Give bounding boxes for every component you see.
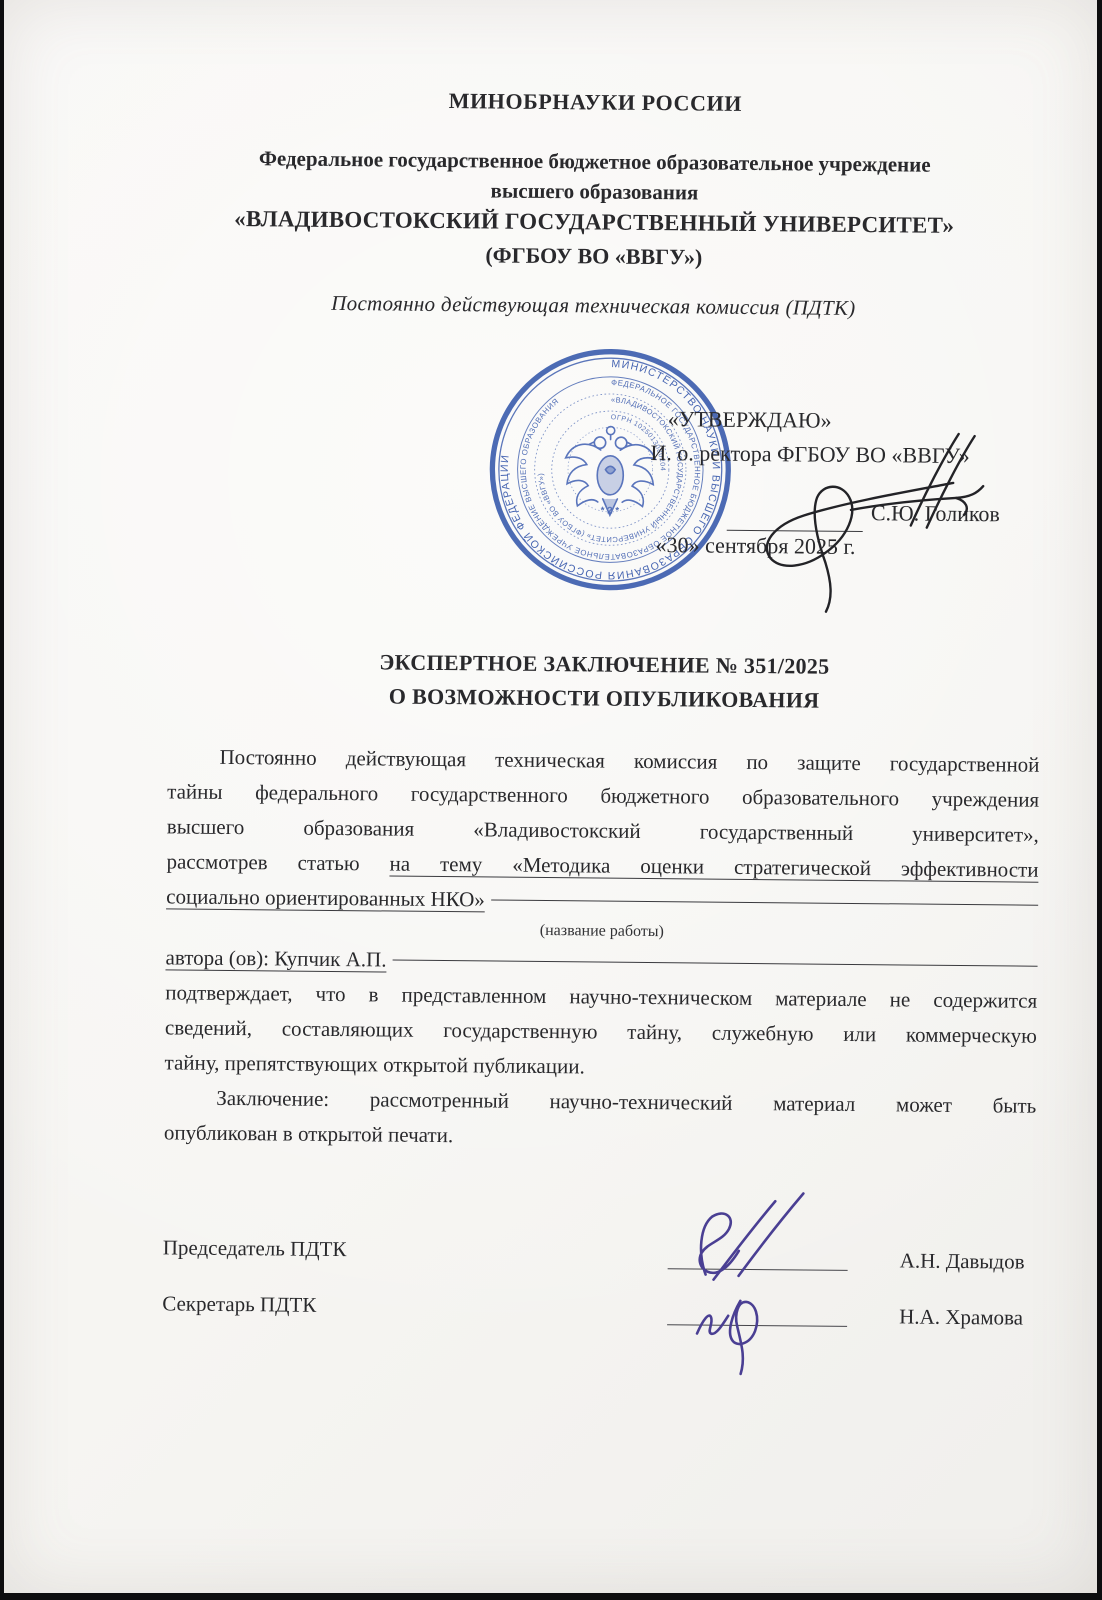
committee-signatures-ink (652, 1172, 874, 1384)
work-topic-underlined: на тему «Методика оценки стратегической … (389, 852, 1038, 882)
authors-underlined: автора (ов): Купчик А.П. (165, 940, 386, 977)
body-line4-normal: рассмотрев статью (166, 849, 359, 875)
approver-signature-line (727, 510, 863, 532)
approver-title: И. о. ректора ФГБОУ ВО «ВВГУ» (650, 440, 970, 469)
approve-word: «УТВЕРЖДАЮ» (668, 406, 832, 434)
signer-name: Н.А. Храмова (899, 1304, 1023, 1330)
org-name: «ВЛАДИВОСТОКСКИЙ ГОСУДАРСТВЕННЫЙ УНИВЕРС… (108, 205, 1081, 240)
org-line1: Федеральное государственное бюджетное об… (108, 145, 1081, 179)
approval-date: «30» сентября 2025 г. (655, 532, 855, 560)
blank-rule-line (491, 899, 1038, 905)
signer-role: Председатель ПДТК (163, 1235, 347, 1262)
work-topic-underlined-2: социально ориентированных НКО» (166, 879, 485, 917)
commission-line: Постоянно действующая техническая комисс… (107, 289, 1080, 323)
document-title-line1: ЭКСПЕРТНОЕ ЗАКЛЮЧЕНИЕ № 351/2025 (168, 647, 1040, 681)
signature-row-secretary: Секретарь ПДТК Н.А. Храмова (162, 1291, 1035, 1299)
document-content: МИНОБРНАУКИ РОССИИ Федеральное государст… (4, 0, 1097, 1593)
signature-line (668, 1242, 848, 1271)
ministry-line: МИНОБРНАУКИ РОССИИ (109, 85, 1082, 120)
document-page: МИНОБРНАУКИ РОССИИ Федеральное государст… (4, 0, 1097, 1593)
scanned-document: МИНОБРНАУКИ РОССИИ Федеральное государст… (0, 0, 1102, 1600)
org-line2: высшего образования (108, 175, 1081, 209)
signature-row-chairman: Председатель ПДТК А.Н. Давыдов (163, 1235, 1036, 1243)
signer-name: А.Н. Давыдов (900, 1248, 1025, 1274)
double-eagle-icon (565, 426, 655, 516)
signer-role: Секретарь ПДТК (162, 1291, 316, 1317)
approver-name: С.Ю. Голиков (871, 500, 1000, 527)
blank-rule-line (393, 960, 1038, 967)
document-title-line2: О ВОЗМОЖНОСТИ ОПУБЛИКОВАНИЯ (168, 681, 1040, 715)
document-body: Постоянно действующая техническая комисс… (164, 739, 1040, 1158)
signature-line (667, 1298, 847, 1327)
org-abbr: (ФГБОУ ВО «ВВГУ») (107, 239, 1080, 274)
